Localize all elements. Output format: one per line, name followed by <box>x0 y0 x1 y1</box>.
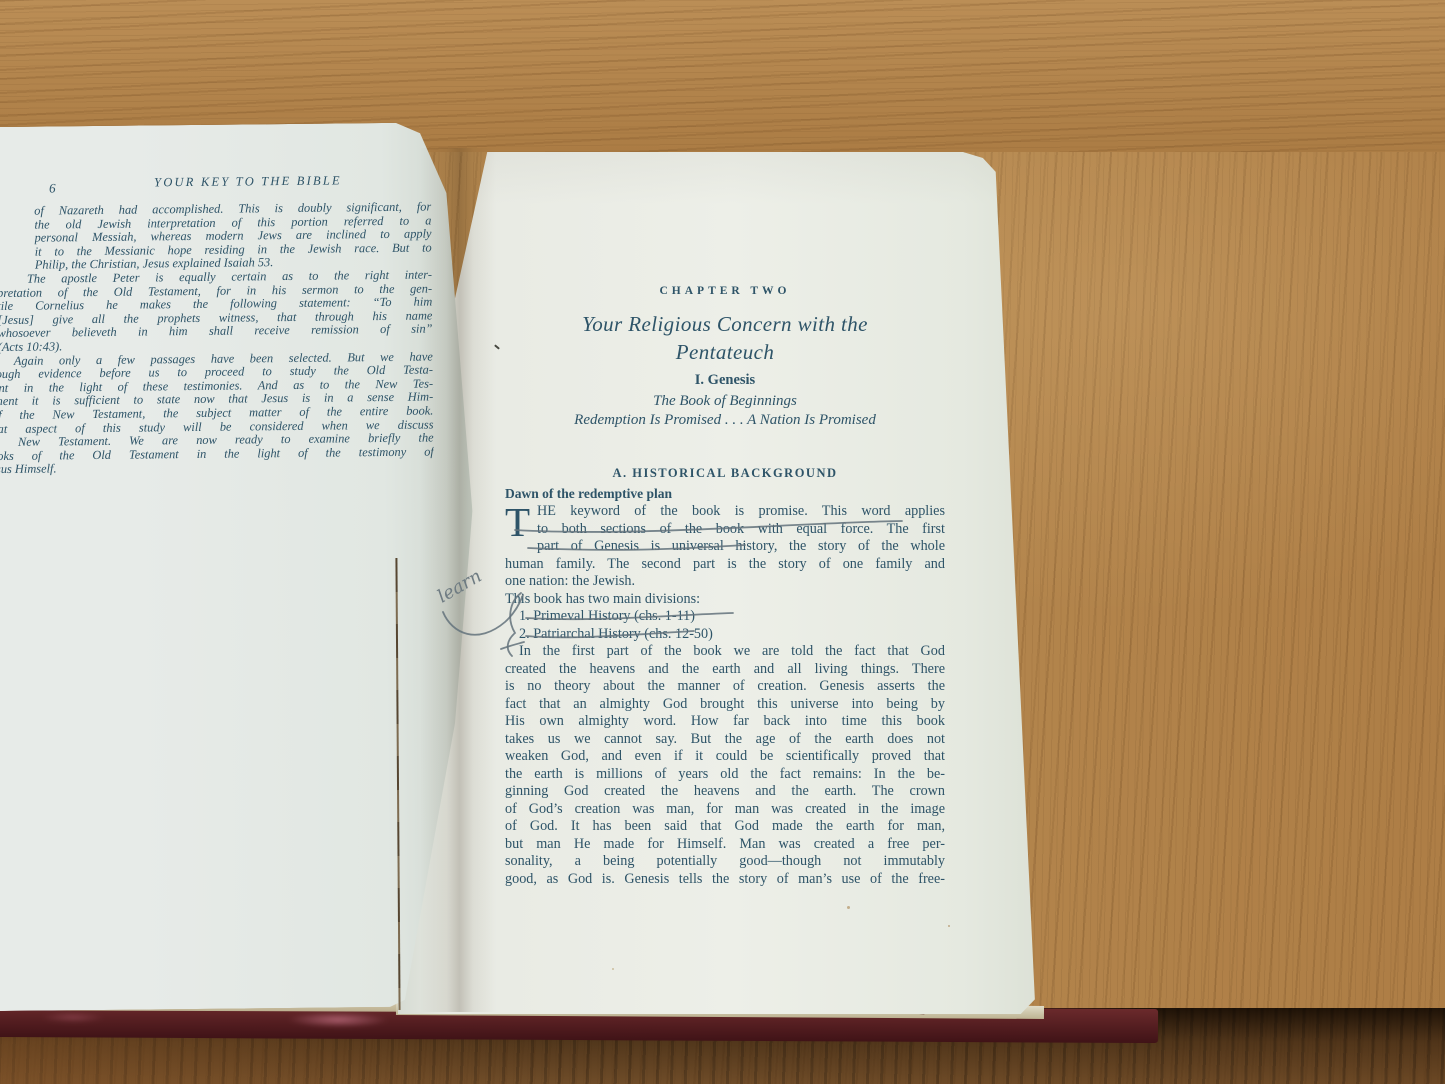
text-line: the earth is millions of years old the f… <box>505 766 945 784</box>
text-line: This book has two main divisions: <box>505 591 945 609</box>
foxing-speck <box>847 906 850 909</box>
cover-sheen-highlight <box>268 1008 408 1031</box>
subtitle-line1: The Book of Beginnings <box>505 392 945 411</box>
text-line: HE keyword of the book is promise. This … <box>537 503 945 521</box>
foxing-speck <box>948 925 950 927</box>
text-line: one nation: the Jewish. <box>505 573 945 591</box>
text-line: His own almighty word. How far back into… <box>505 713 945 731</box>
paragraph-first-part: In the first part of the book we are tol… <box>505 643 945 888</box>
text-line: takes us we cannot say. But the age of t… <box>505 731 945 749</box>
chapter-title-line2: Pentateuch <box>505 339 945 367</box>
book-page-left: 6 YOUR KEY TO THE BIBLE of Nazareth had … <box>0 122 481 1014</box>
section-heading-genesis: I. Genesis <box>505 371 945 389</box>
text-line: of God. It has been said that God made t… <box>505 818 945 836</box>
paragraph-apostle-peter: The apostle Peter is equally certain as … <box>0 268 433 354</box>
text-line: 2. Patriarchal History (chs. 12-50) <box>505 626 945 644</box>
text-line: to both sections of the book with equal … <box>537 521 945 539</box>
text-line: of God’s creation was man, for man was c… <box>505 801 945 819</box>
text-line: fact that an almighty God brought this u… <box>505 696 945 714</box>
chapter-title-line1: Your Religious Concern with the <box>505 311 945 339</box>
subtitle-line2: Redemption Is Promised . . . A Nation Is… <box>505 411 945 430</box>
text-line: ginning God created the heavens and the … <box>505 783 945 801</box>
chapter-label: CHAPTER TWO <box>505 284 945 298</box>
text-line: good, as God is. Genesis tells the story… <box>505 871 945 889</box>
paragraph-nazareth: of Nazareth had accomplished. This is do… <box>34 200 432 272</box>
divisions-list: This book has two main divisions:1. Prim… <box>505 591 945 644</box>
right-page-text-block: CHAPTER TWO Your Religious Concern with … <box>505 152 945 888</box>
text-line: human family. The second part is the sto… <box>505 556 945 574</box>
text-line: sonality, a being potentially good—thoug… <box>505 853 945 871</box>
text-line: part of Genesis is universal history, th… <box>537 538 945 556</box>
page-number: 6 <box>49 180 56 196</box>
text-line: In the first part of the book we are tol… <box>505 643 945 661</box>
paragraph-keyword-promise: T HE keyword of the book is promise. Thi… <box>505 503 945 591</box>
cover-sheen-highlight-2 <box>28 1009 118 1025</box>
text-line: weaken God, and even if it could be scie… <box>505 748 945 766</box>
paragraph-again-only: Again only a few passages have been sele… <box>0 350 434 477</box>
photo-open-book: CHAPTER TWO Your Religious Concern with … <box>0 0 1445 1084</box>
redemptive-plan-subheading: Dawn of the redemptive plan <box>505 485 945 502</box>
foxing-speck <box>612 968 614 970</box>
drop-cap-T: T <box>505 503 537 539</box>
text-line: is no theory about the manner of creatio… <box>505 678 945 696</box>
running-header: YOUR KEY TO THE BIBLE <box>88 173 408 191</box>
historical-background-heading: A. HISTORICAL BACKGROUND <box>505 465 945 482</box>
text-line: 1. Primeval History (chs. 1-11) <box>505 608 945 626</box>
text-line: created the heavens and the earth and al… <box>505 661 945 679</box>
text-line: but man He made for Himself. Man was cre… <box>505 836 945 854</box>
left-page-text-block: of Nazareth had accomplished. This is do… <box>0 200 434 477</box>
